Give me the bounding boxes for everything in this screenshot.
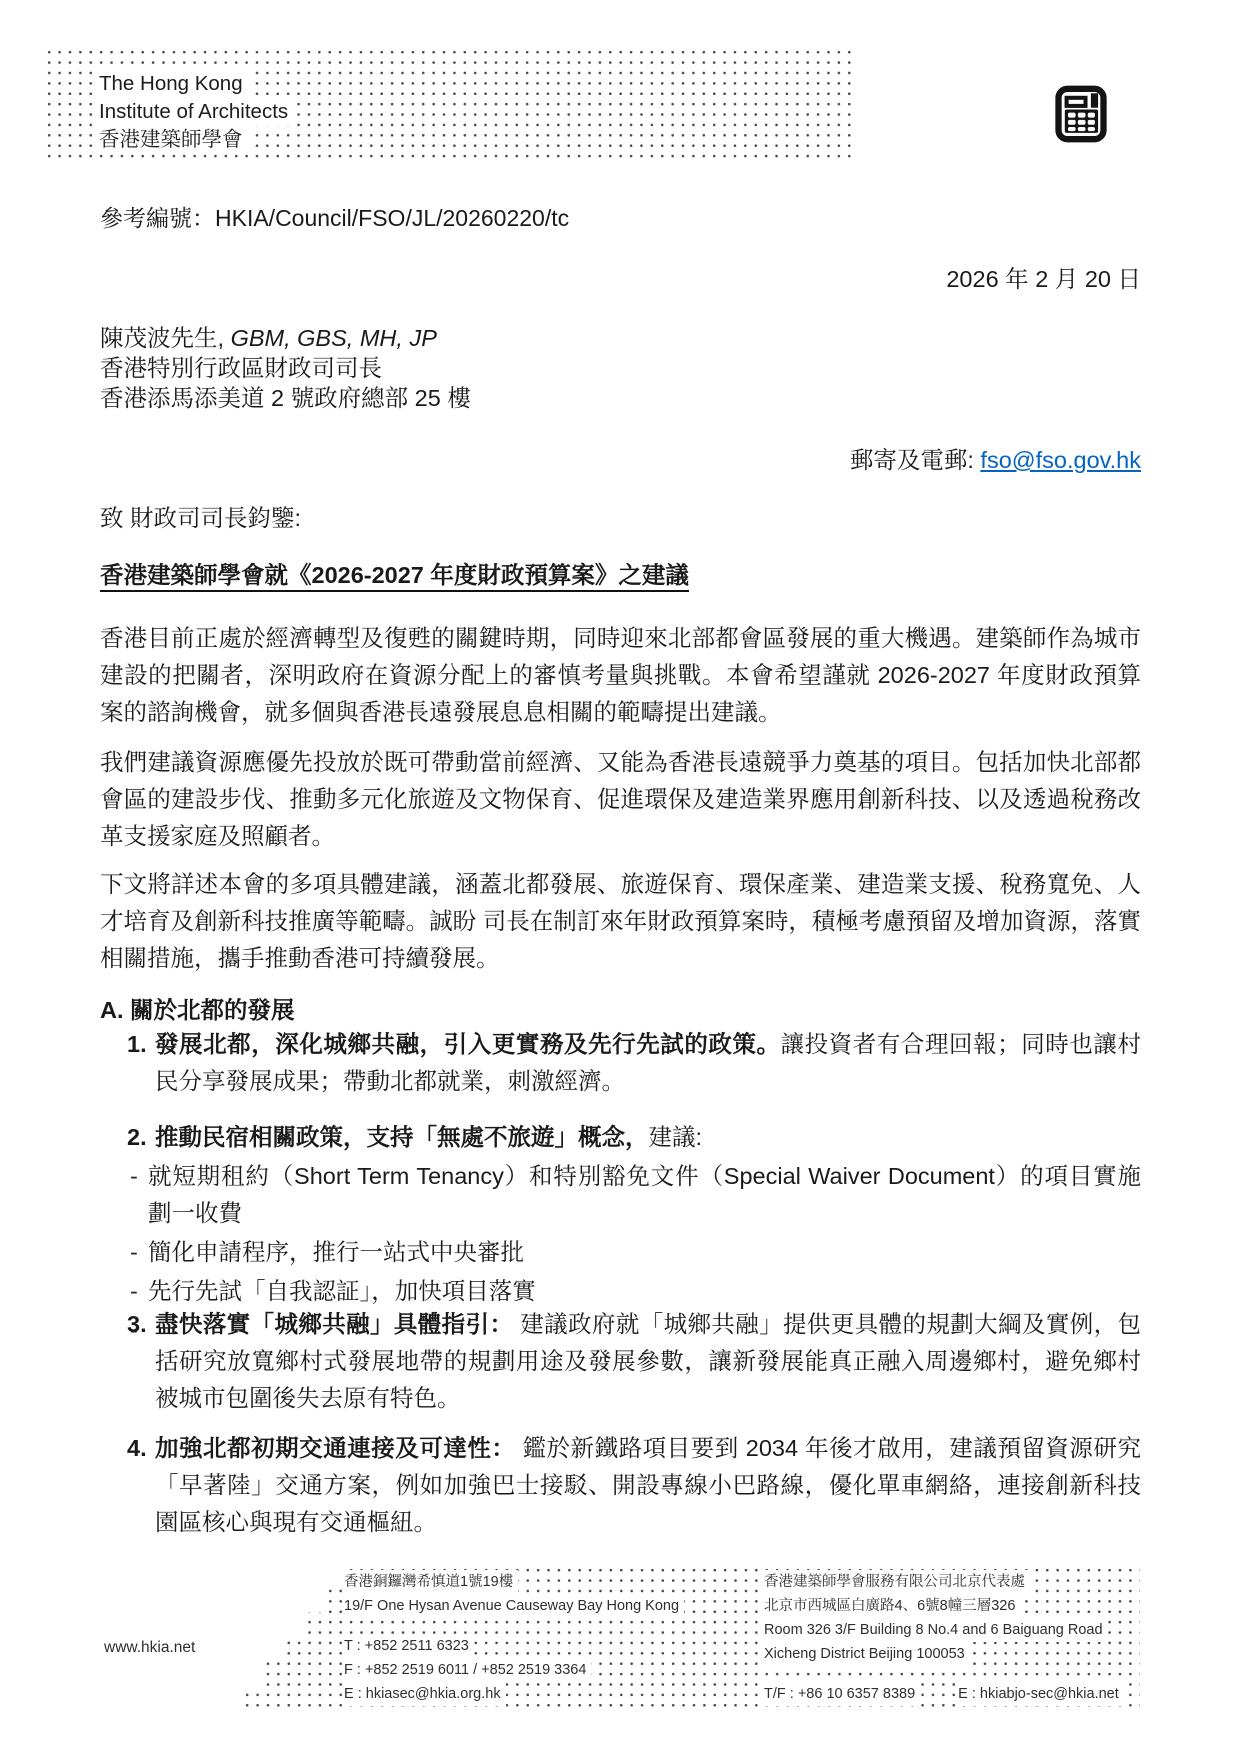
paragraph-1: 香港目前正處於經濟轉型及復甦的關鍵時期，同時迎來北部都會區發展的重大機遇。建築師… [100,620,1141,731]
spacer [342,1618,684,1634]
hk-address-en: 19/F One Hysan Avenue Causeway Bay Hong … [342,1594,684,1618]
hk-telephone: T : +852 2511 6323 [342,1634,474,1658]
hkia-seal-icon [1054,79,1108,149]
recipient-name: 陳茂波先生, [100,325,224,351]
salutation: 致 財政司司長鈞鑒: [100,499,1141,533]
org-name-en-line2: Institute of Architects [96,98,295,126]
paragraph-2: 我們建議資源應優先投放於既可帶動當前經濟、又能為香港長遠競爭力奠基的項目。包括加… [100,744,1141,855]
recipient-honors: GBM, GBS, MH, JP [231,325,437,351]
list-item-4: 4. 加強北都初期交通連接及可達性： 鑑於新鐵路項目要到 2034 年後才啟用，… [100,1430,1141,1541]
item-number: 2. [127,1119,155,1156]
item-text: 盡快落實「城鄉共融」具體指引： 建議政府就「城鄉共融」提供更具體的規劃大綱及實例… [155,1306,1141,1417]
delivery-line: 郵寄及電郵: fso@fso.gov.hk [100,441,1141,475]
subject-title: 香港建築師學會就《2026-2027 年度財政預算案》之建議 [100,556,1141,590]
recipient-block: 陳茂波先生, GBM, GBS, MH, JP 香港特別行政區財政司司長 香港添… [100,323,1141,413]
recipient-title: 香港特別行政區財政司司長 [100,353,1141,383]
bj-contact-row: T/F : +86 10 6357 8389 E : hkiabjo-sec@h… [762,1682,1124,1706]
letter-date: 2026 年 2 月 20 日 [100,260,1141,294]
delivery-label: 郵寄及電郵: [850,447,981,473]
bj-email: E : hkiabjo-sec@hkia.net [956,1682,1124,1706]
bullet-item: 先行先試「自我認証」，加快項目落實 [100,1273,1141,1310]
item-2-lead: 2. 推動民宿相關政策，支持「無處不旅遊」概念，建議: [100,1119,1141,1156]
hk-fax: F : +852 2519 6011 / +852 2519 3364 [342,1658,591,1682]
recipient-name-line: 陳茂波先生, GBM, GBS, MH, JP [100,323,1141,353]
hk-email: E : hkiasec@hkia.org.hk [342,1682,506,1706]
bj-address-en2: Xicheng District Beijing 100053 [762,1642,970,1666]
item-number: 1. [127,1026,155,1100]
item-number: 4. [127,1430,155,1541]
bj-address-en1: Room 326 3/F Building 8 No.4 and 6 Baigu… [762,1618,1108,1642]
org-name-zh: 香港建築師學會 [96,126,250,154]
item-text: 推動民宿相關政策，支持「無處不旅遊」概念，建議: [155,1119,1141,1156]
item-number: 3. [127,1306,155,1417]
item-text: 發展北都，深化城鄉共融，引入更實務及先行先試的政策。讓投資者有合理回報；同時也讓… [155,1026,1141,1100]
spacer [762,1666,1124,1682]
org-name-en-line1: The Hong Kong [96,70,250,98]
paragraph-3: 下文將詳述本會的多項具體建議，涵蓋北都發展、旅遊保育、環保產業、建造業支援、稅務… [100,866,1141,977]
bj-telfax: T/F : +86 10 6357 8389 [762,1682,920,1706]
letter-page: The Hong Kong Institute of Architects 香港… [0,0,1241,1754]
list-item-1: 1. 發展北都，深化城鄉共融，引入更實務及先行先試的政策。讓投資者有合理回報；同… [100,1026,1141,1100]
bullet-item: 簡化申請程序，推行一站式中央審批 [100,1234,1141,1271]
section-a-heading: A. 關於北都的發展 [100,991,1141,1025]
org-wordmark: The Hong Kong Institute of Architects 香港… [96,70,295,154]
fso-email-link[interactable]: fso@fso.gov.hk [980,447,1141,473]
list-item-3: 3. 盡快落實「城鄉共融」具體指引： 建議政府就「城鄉共融」提供更具體的規劃大綱… [100,1306,1141,1417]
recipient-address: 香港添馬添美道 2 號政府總部 25 樓 [100,383,1141,413]
bullet-item: 就短期租約（Short Term Tenancy）和特別豁免文件（Special… [100,1158,1141,1232]
reference-number: 參考編號：HKIA/Council/FSO/JL/20260220/tc [100,200,1141,233]
footer-beijing-office: 香港建築師學會服務有限公司北京代表處 北京市西城區白廣路4、6號8幢三層326 … [762,1570,1124,1706]
footer-hk-office: 香港銅鑼灣希慎道1號19樓 19/F One Hysan Avenue Caus… [342,1570,684,1706]
item-text: 加強北都初期交通連接及可達性： 鑑於新鐵路項目要到 2034 年後才啟用，建議預… [155,1430,1141,1541]
bj-address-zh: 北京市西城區白廣路4、6號8幢三層326 [762,1594,1020,1618]
bj-office-name: 香港建築師學會服務有限公司北京代表處 [762,1570,1030,1594]
website-url: www.hkia.net [104,1636,195,1660]
hk-address-zh: 香港銅鑼灣希慎道1號19樓 [342,1570,518,1594]
